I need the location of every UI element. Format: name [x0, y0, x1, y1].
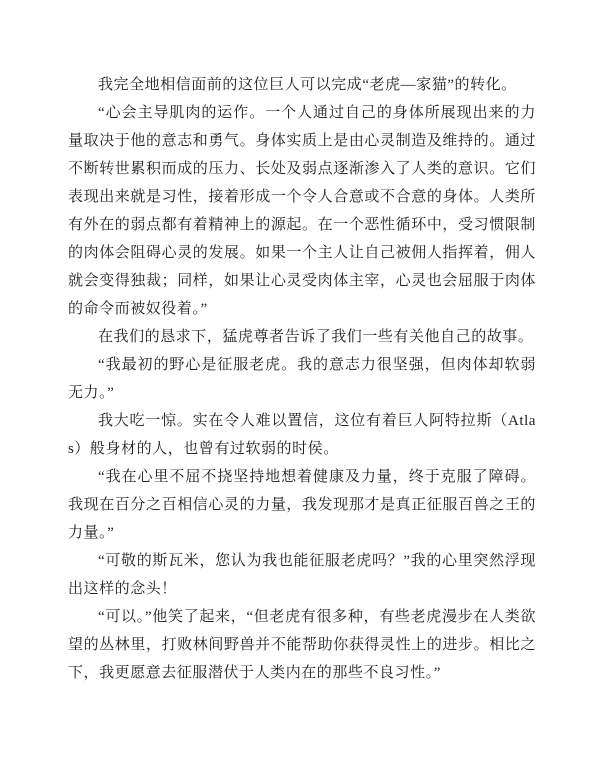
paragraph-can-i-conquer-tigers: “可敬的斯瓦米，您认为我也能征服老虎吗？”我的心里突然浮现出这样的念头！ [68, 547, 536, 603]
paragraph-first-ambition: “我最初的野心是征服老虎。我的意志力很坚强，但肉体却软弱无力。” [68, 351, 536, 407]
paragraph-many-kinds-of-tigers: “可以。”他笑了起来，“但老虎有很多种，有些老虎漫步在人类欲望的丛林里，打败林间… [68, 603, 536, 687]
book-page: 我完全地相信面前的这位巨人可以完成“老虎—家猫”的转化。 “心会主导肌肉的运作。… [0, 0, 600, 778]
paragraph-atlas-surprise: 我大吃一惊。实在令人难以置信，这位有着巨人阿特拉斯（Atlas）般身材的人，也曾… [68, 407, 536, 463]
paragraph-swami-tells-story: 在我们的恳求下，猛虎尊者告诉了我们一些有关他自己的故事。 [68, 323, 536, 351]
paragraph-overcame-weakness: “我在心里不屈不挠坚持地想着健康及力量，终于克服了障碍。我现在百分之百相信心灵的… [68, 463, 536, 547]
paragraph-mind-governs-muscles: “心会主导肌肉的运作。一个人通过自己的身体所展现出来的力量取决于他的意志和勇气。… [68, 99, 536, 323]
paragraph-tiger-cat-transformation: 我完全地相信面前的这位巨人可以完成“老虎—家猫”的转化。 [68, 71, 536, 99]
